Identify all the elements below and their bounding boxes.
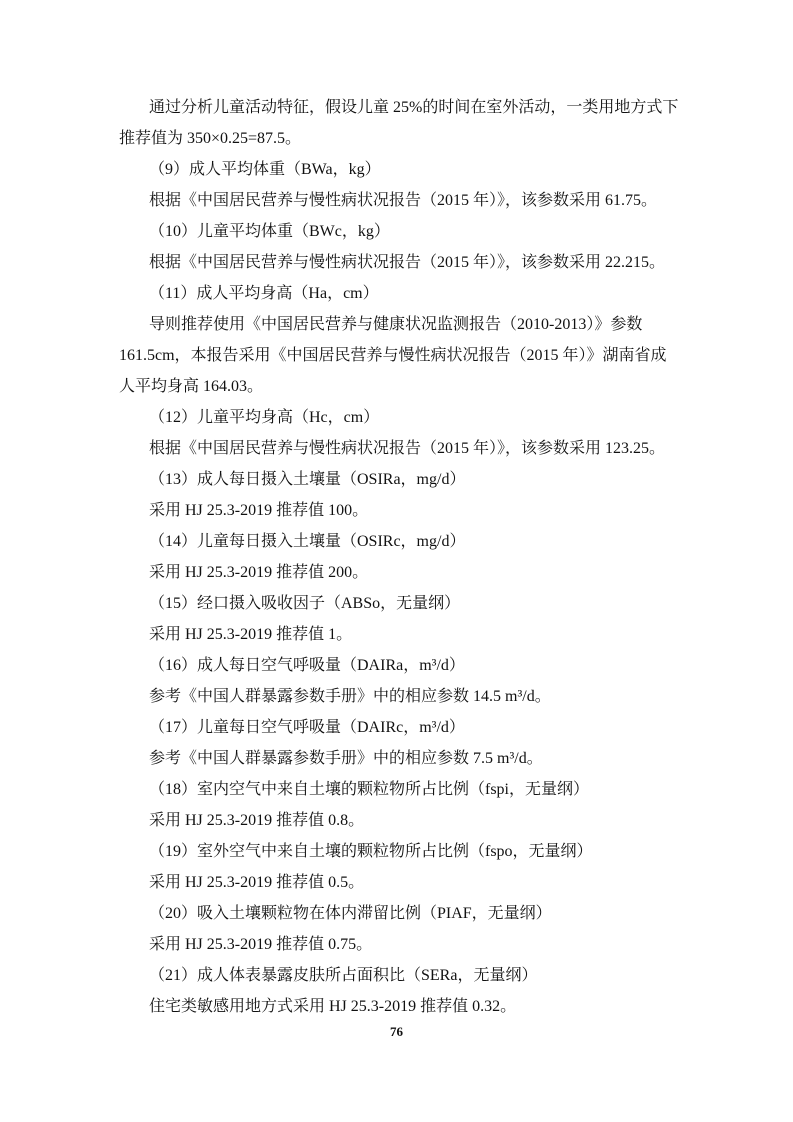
paragraph-line: 参考《中国人群暴露参数手册》中的相应参数 14.5 m³/d。 <box>149 687 551 707</box>
paragraph-line: 根据《中国居民营养与慢性病状况报告（2015 年）》，该参数采用 123.25。 <box>149 439 665 459</box>
paragraph-line: 通过分析儿童活动特征，假设儿童 25%的时间在室外活动，一类用地方式下 <box>149 98 678 118</box>
paragraph-line: 参考《中国人群暴露参数手册》中的相应参数 7.5 m³/d。 <box>149 749 543 769</box>
paragraph-line: 导则推荐使用《中国居民营养与健康状况监测报告（2010-2013）》参数 <box>149 315 642 335</box>
paragraph-line: 根据《中国居民营养与慢性病状况报告（2015 年）》，该参数采用 61.75。 <box>149 191 657 211</box>
paragraph-line: 根据《中国居民营养与慢性病状况报告（2015 年）》，该参数采用 22.215。 <box>149 253 665 273</box>
paragraph-line: 住宅类敏感用地方式采用 HJ 25.3-2019 推荐值 0.32。 <box>149 997 516 1017</box>
paragraph-line: 采用 HJ 25.3-2019 推荐值 0.75。 <box>149 935 372 955</box>
paragraph-line: 采用 HJ 25.3-2019 推荐值 1。 <box>149 625 352 645</box>
parameter-heading: （21）成人体表暴露皮肤所占面积比（SERa，无量纲） <box>149 966 537 986</box>
page-number: 76 <box>0 1024 793 1040</box>
parameter-heading: （17）儿童每日空气呼吸量（DAIRc，m³/d） <box>149 718 465 738</box>
document-page: 通过分析儿童活动特征，假设儿童 25%的时间在室外活动，一类用地方式下 推荐值为… <box>0 0 793 1122</box>
parameter-heading: （13）成人每日摄入土壤量（OSIRa，mg/d） <box>149 470 465 490</box>
parameter-heading: （15）经口摄入吸收因子（ABSo，无量纲） <box>149 594 460 614</box>
paragraph-line: 推荐值为 350×0.25=87.5。 <box>119 129 301 149</box>
parameter-heading: （16）成人每日空气呼吸量（DAIRa，m³/d） <box>149 656 465 676</box>
parameter-heading: （11）成人平均身高（Ha，cm） <box>149 284 379 304</box>
parameter-heading: （9）成人平均体重（BWa，kg） <box>149 160 381 180</box>
parameter-heading: （20）吸入土壤颗粒物在体内滞留比例（PIAF，无量纲） <box>149 904 552 924</box>
parameter-heading: （19）室外空气中来自土壤的颗粒物所占比例（fspo，无量纲） <box>149 842 593 862</box>
parameter-heading: （12）儿童平均身高（Hc，cm） <box>149 408 379 428</box>
paragraph-line: 采用 HJ 25.3-2019 推荐值 100。 <box>149 501 368 521</box>
paragraph-line: 采用 HJ 25.3-2019 推荐值 0.5。 <box>149 873 364 893</box>
parameter-heading: （10）儿童平均体重（BWc，kg） <box>149 222 390 242</box>
paragraph-line: 采用 HJ 25.3-2019 推荐值 200。 <box>149 563 368 583</box>
parameter-heading: （14）儿童每日摄入土壤量（OSIRc，mg/d） <box>149 532 465 552</box>
parameter-heading: （18）室内空气中来自土壤的颗粒物所占比例（fspi，无量纲） <box>149 780 589 800</box>
paragraph-line: 采用 HJ 25.3-2019 推荐值 0.8。 <box>149 811 364 831</box>
paragraph-line: 人平均身高 164.03。 <box>119 377 263 397</box>
paragraph-line: 161.5cm，本报告采用《中国居民营养与慢性病状况报告（2015 年）》湖南省… <box>119 346 667 366</box>
